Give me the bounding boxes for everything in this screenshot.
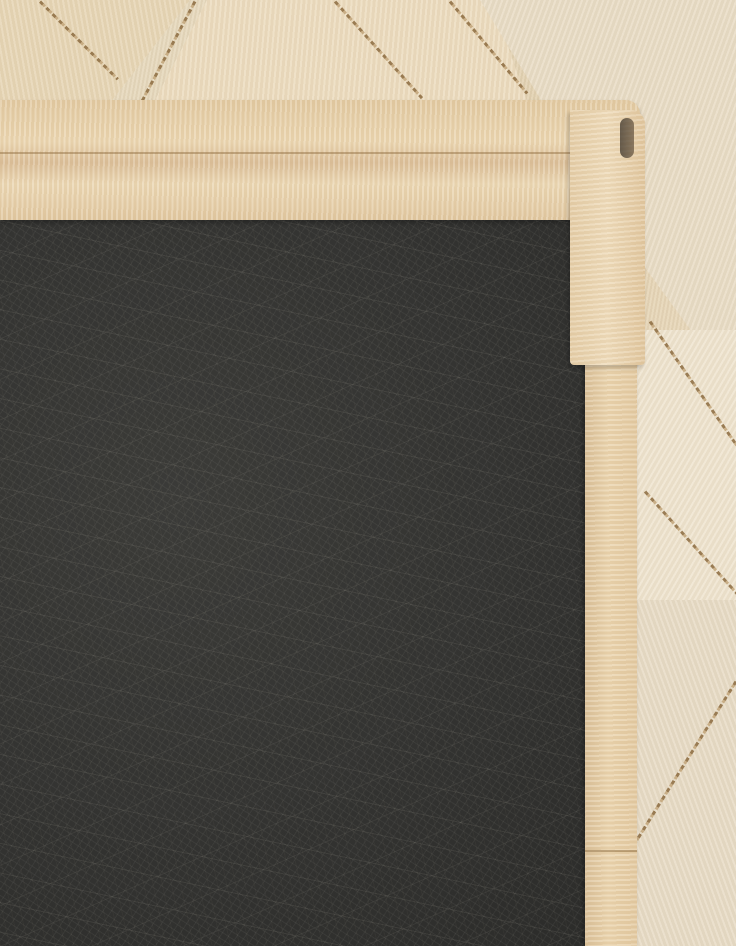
hide-border-top xyxy=(0,100,640,220)
hide-panel xyxy=(630,600,736,946)
hide-panel xyxy=(150,0,530,110)
rug-photo xyxy=(0,0,736,946)
hide-border-right xyxy=(585,355,637,946)
border-fold-line xyxy=(0,152,630,154)
felt-fibers xyxy=(0,205,590,946)
folded-corner-edge xyxy=(620,118,634,158)
felt-backing xyxy=(0,205,590,946)
